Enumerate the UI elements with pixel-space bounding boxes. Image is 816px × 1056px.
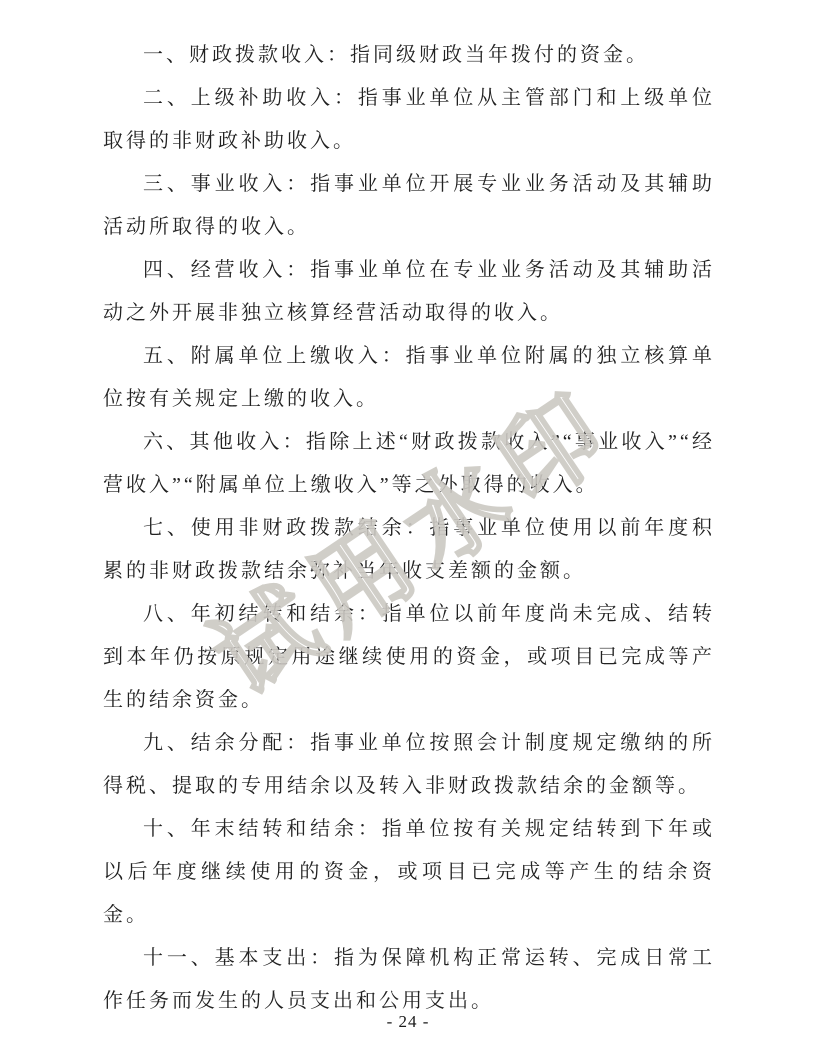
- paragraph-item-10: 十、年末结转和结余：指单位按有关规定结转到下年或以后年度继续使用的资金，或项目已…: [103, 808, 715, 937]
- paragraph-item-8: 八、年初结转和结余：指单位以前年度尚未完成、结转到本年仍按原规定用途继续使用的资…: [103, 593, 715, 722]
- document-body: 一、财政拨款收入：指同级财政当年拨付的资金。 二、上级补助收入：指事业单位从主管…: [103, 34, 715, 1023]
- paragraph-item-4: 四、经营收入：指事业单位在专业业务活动及其辅助活动之外开展非独立核算经营活动取得…: [103, 249, 715, 335]
- paragraph-item-9: 九、结余分配：指事业单位按照会计制度规定缴纳的所得税、提取的专用结余以及转入非财…: [103, 722, 715, 808]
- paragraph-item-5: 五、附属单位上缴收入：指事业单位附属的独立核算单位按有关规定上缴的收入。: [103, 335, 715, 421]
- paragraph-item-11: 十一、基本支出：指为保障机构正常运转、完成日常工作任务而发生的人员支出和公用支出…: [103, 937, 715, 1023]
- page-number: - 24 -: [0, 1012, 816, 1032]
- paragraph-item-3: 三、事业收入：指事业单位开展专业业务活动及其辅助活动所取得的收入。: [103, 163, 715, 249]
- paragraph-item-7: 七、使用非财政拨款结余：指事业单位使用以前年度积累的非财政拨款结余弥补当年收支差…: [103, 507, 715, 593]
- paragraph-item-2: 二、上级补助收入：指事业单位从主管部门和上级单位取得的非财政补助收入。: [103, 77, 715, 163]
- paragraph-item-6: 六、其他收入：指除上述“财政拨款收入”“事业收入”“经营收入”“附属单位上缴收入…: [103, 421, 715, 507]
- paragraph-item-1: 一、财政拨款收入：指同级财政当年拨付的资金。: [103, 34, 715, 77]
- document-page: 试用水印 一、财政拨款收入：指同级财政当年拨付的资金。 二、上级补助收入：指事业…: [0, 0, 816, 1056]
